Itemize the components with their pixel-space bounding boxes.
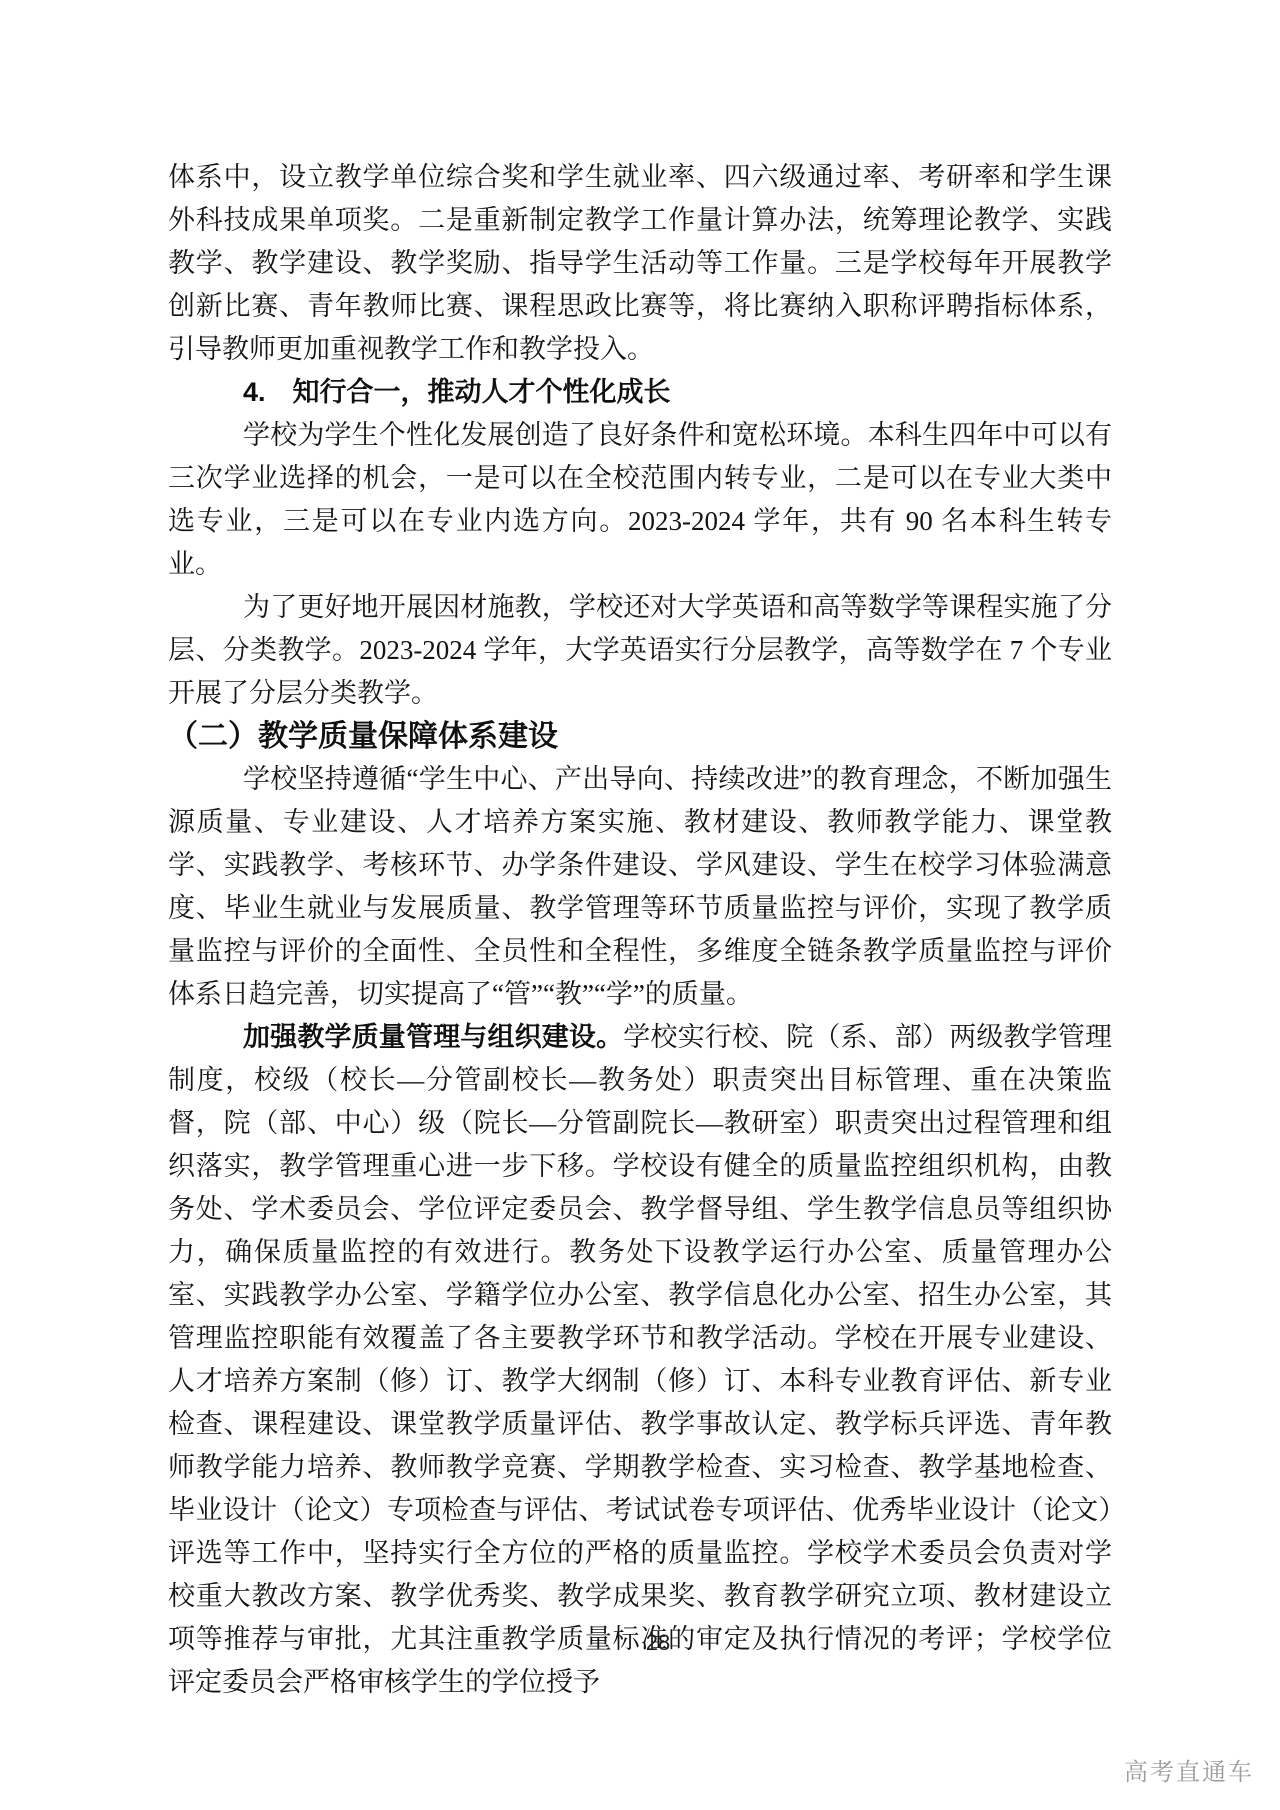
paragraph-tiered-teaching: 为了更好地开展因材施教，学校还对大学英语和高等数学等课程实施了分层、分类教学。2…	[168, 586, 1112, 715]
heading-quality-assurance-system: （二）教学质量保障体系建设	[168, 715, 1112, 758]
paragraph-body-text: 学校实行校、院（系、部）两级教学管理制度，校级（校长—分管副校长—教务处）职责突…	[168, 1022, 1112, 1697]
document-content: 体系中，设立教学单位综合奖和学生就业率、四六级通过率、考研率和学生课外科技成果单…	[168, 156, 1112, 1704]
paragraph-quality-monitoring-philosophy: 学校坚持遵循“学生中心、产出导向、持续改进”的教育理念，不断加强生源质量、专业建…	[168, 758, 1112, 1016]
paragraph-teaching-workload: 体系中，设立教学单位综合奖和学生就业率、四六级通过率、考研率和学生课外科技成果单…	[168, 156, 1112, 371]
document-page: 体系中，设立教学单位综合奖和学生就业率、四六级通过率、考研率和学生课外科技成果单…	[0, 0, 1280, 1810]
page-number: 28	[18, 1630, 1280, 1656]
heading-personalized-growth: 4. 知行合一，推动人才个性化成长	[168, 371, 1112, 414]
paragraph-major-transfer: 学校为学生个性化发展创造了良好条件和宽松环境。本科生四年中可以有三次学业选择的机…	[168, 414, 1112, 586]
bold-lead-quality-management: 加强教学质量管理与组织建设。	[243, 1022, 623, 1052]
paragraph-quality-management-organization: 加强教学质量管理与组织建设。学校实行校、院（系、部）两级教学管理制度，校级（校长…	[168, 1016, 1112, 1704]
watermark-gaokao-zhitongche: 高考直通车	[1124, 1752, 1254, 1787]
